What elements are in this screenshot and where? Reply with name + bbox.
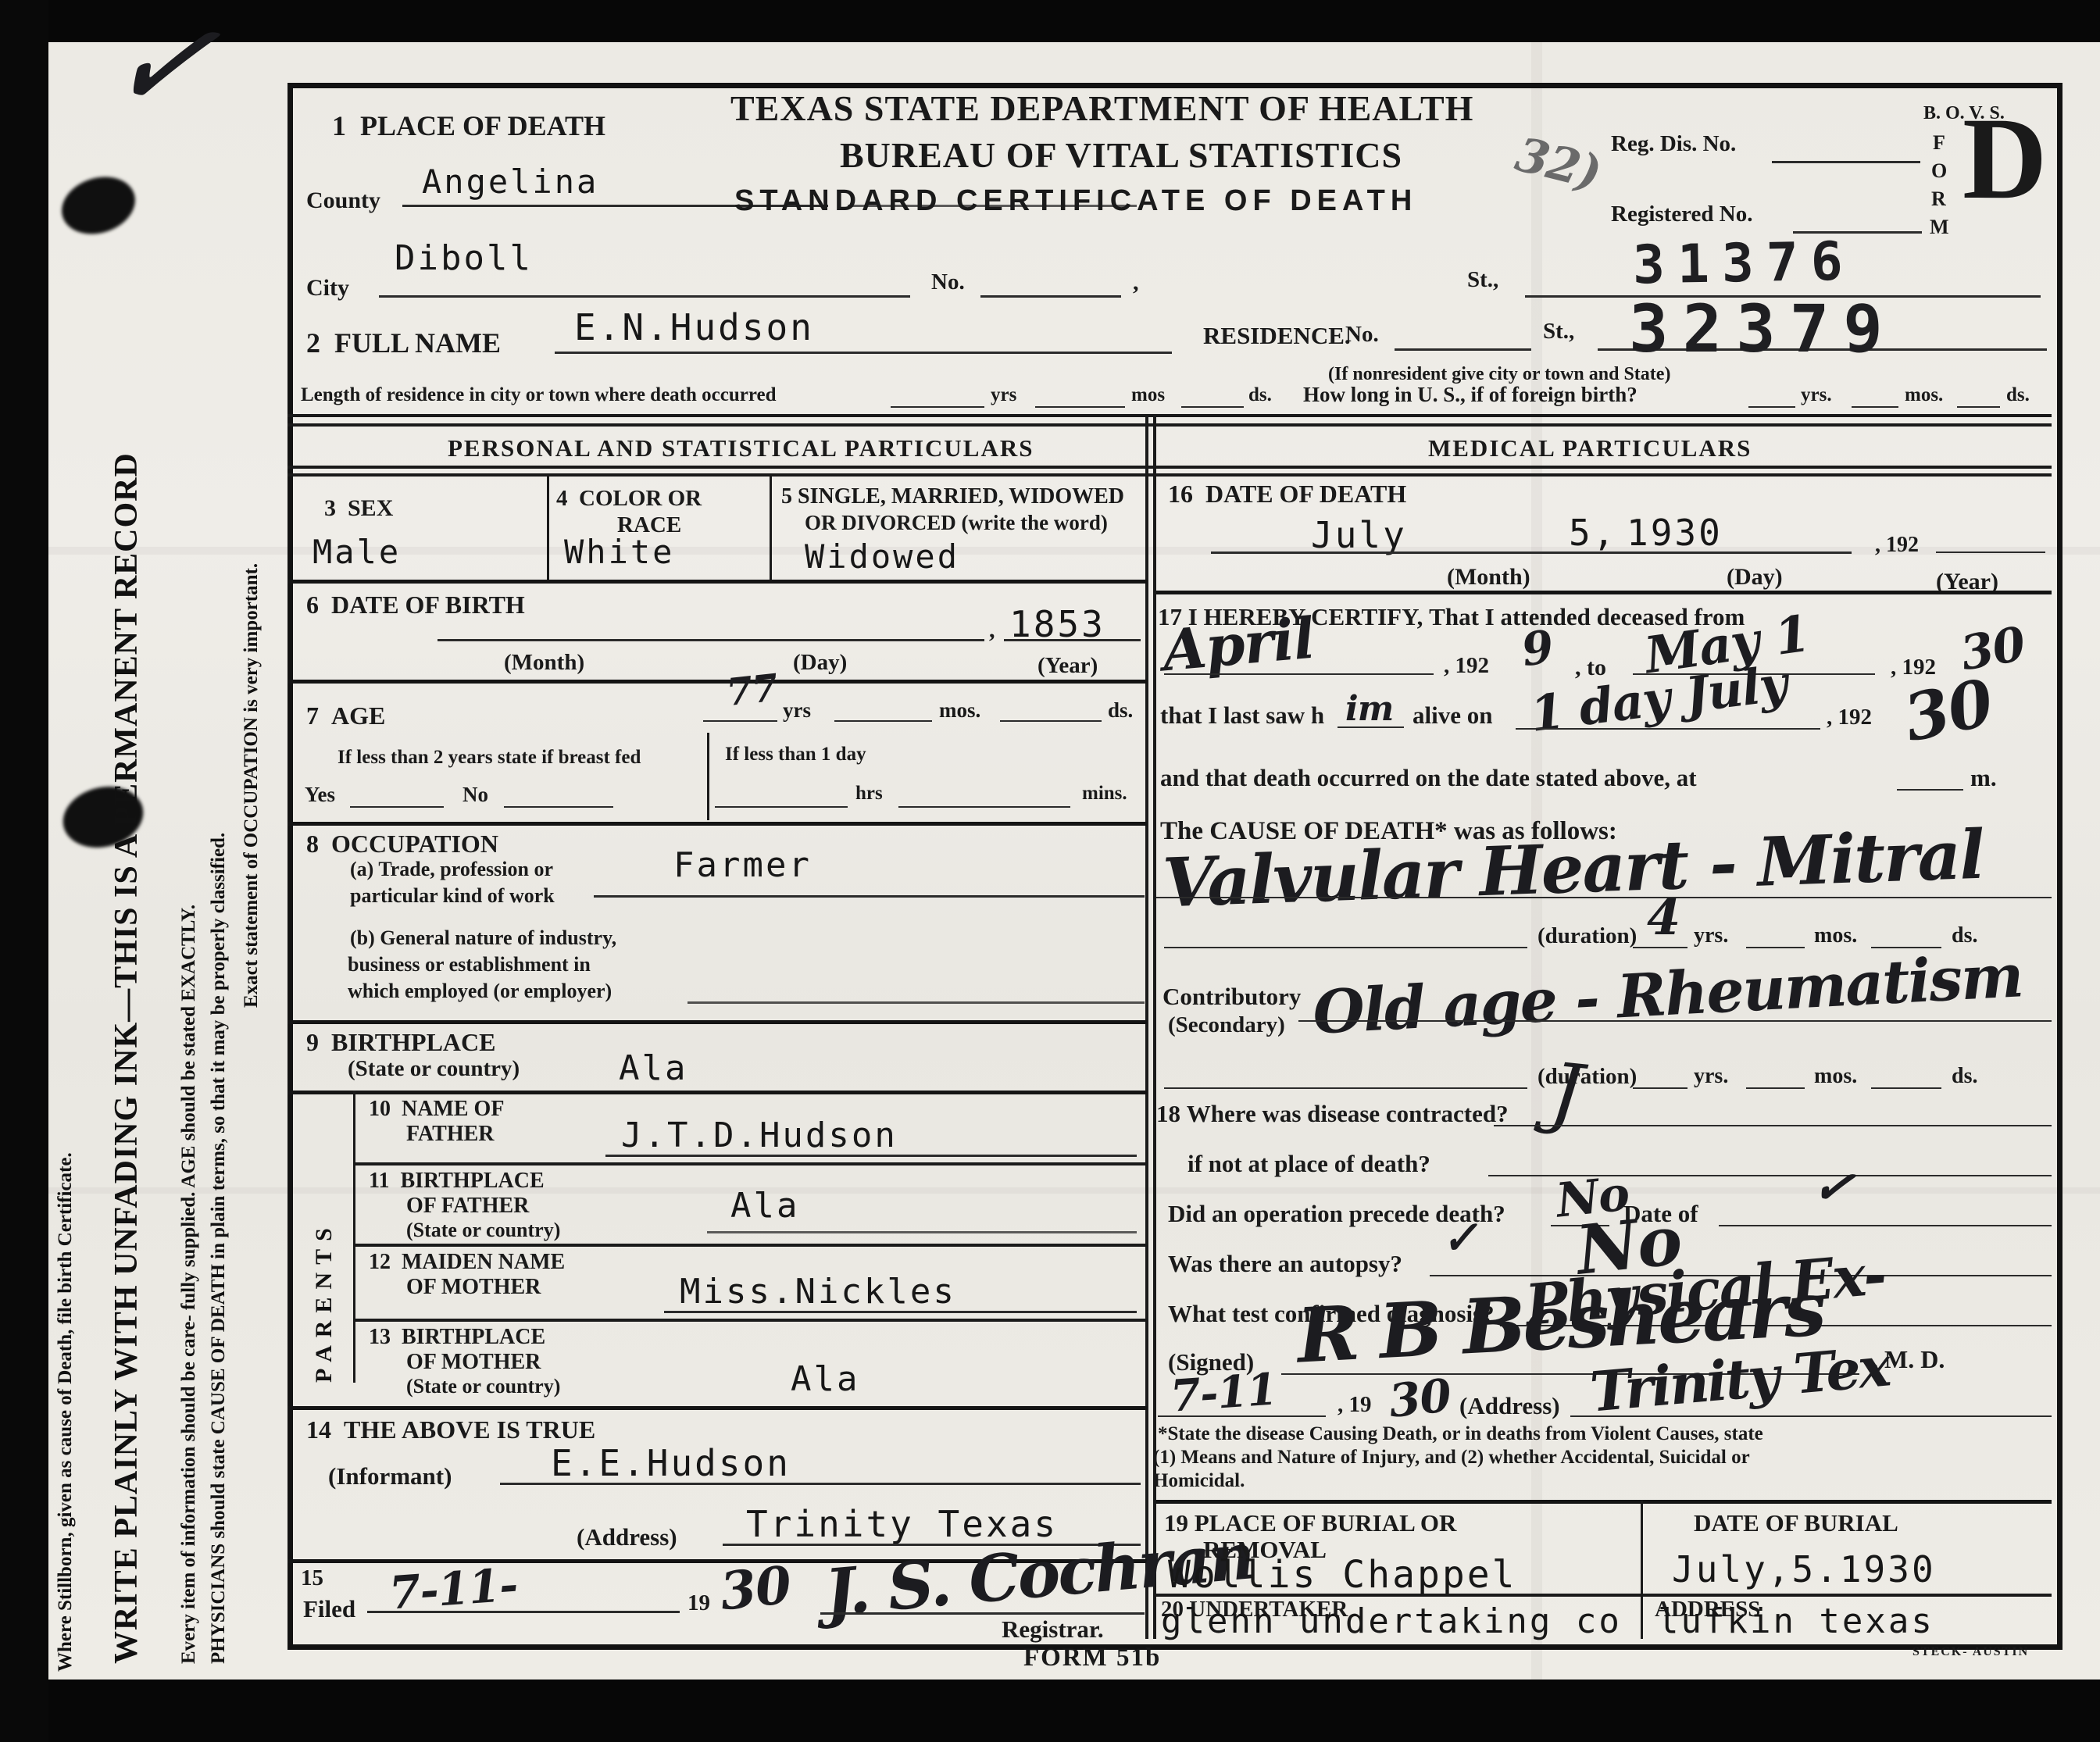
dob-year-line <box>1004 639 1141 641</box>
occupation-a-label-2: particular kind of work <box>350 884 555 908</box>
form-vertical-m: M <box>1930 216 1949 239</box>
form-code: FORM 51b <box>1023 1644 1161 1672</box>
county-label: County <box>306 187 380 214</box>
howlong-yrs-line <box>1748 406 1795 408</box>
duration2-yrs-line <box>1633 1087 1687 1089</box>
occurred-line <box>1897 789 1963 791</box>
contributory-label: Contributory <box>1162 983 1301 1011</box>
duration2-ds-line <box>1871 1087 1941 1089</box>
rule <box>287 1091 1147 1094</box>
age-label: 7 AGE <box>306 701 385 730</box>
age-cell-divider <box>707 733 709 820</box>
informant-address-label: (Address) <box>577 1523 677 1551</box>
place-of-death-label: 1 PLACE OF DEATH <box>332 109 605 142</box>
occupation-b-line <box>687 1001 1145 1004</box>
above-true-label: 14 THE ABOVE IS TRUE <box>306 1415 595 1444</box>
father-name-label-2: FATHER <box>406 1122 495 1147</box>
attended-from-handwriting: April <box>1160 605 1317 684</box>
dod-month-cap: (Month) <box>1447 564 1530 591</box>
mother-name-value: Miss.Nickles <box>680 1272 956 1312</box>
registered-no-label: Registered No. <box>1611 202 1752 227</box>
rule <box>287 822 1147 826</box>
stamp-number-bottom: 32379 <box>1629 291 1897 367</box>
scan-border-top <box>0 0 2100 42</box>
filed-year-handwriting: 30 <box>717 1555 794 1622</box>
contributory-line <box>1298 1020 2052 1022</box>
stamp-number-top: 31376 <box>1632 231 1855 297</box>
margin-note-small-left: Where Stillborn, given as cause of Death… <box>55 766 77 1672</box>
howlong-ds-label: ds. <box>2006 384 2030 406</box>
occupation-b-label-1: (b) General nature of industry, <box>350 926 616 950</box>
undertaker-address-value: lufkin texas <box>1658 1601 1934 1641</box>
autopsy-label: Was there an autopsy? <box>1168 1250 1402 1278</box>
age-ds-label: ds. <box>1108 698 1133 723</box>
dod-printed-192: , 192 <box>1875 533 1919 558</box>
nonresident-note: (If nonresident give city or town and St… <box>1328 364 1670 385</box>
duration2-mos-line <box>1746 1087 1805 1089</box>
lastsaw-pre-label: that I last saw h <box>1160 701 1324 730</box>
age-yrs-label: yrs <box>783 698 811 723</box>
occupation-a-line <box>594 895 1145 898</box>
howlong-yrs-label: yrs. <box>1801 384 1832 406</box>
father-name-line <box>605 1155 1137 1157</box>
hrs-line <box>715 806 848 808</box>
form-vertical-o: O <box>1931 159 1947 183</box>
yes-label: Yes <box>305 783 335 807</box>
length-ds-line <box>1181 406 1244 408</box>
filed-year-printed: 19 <box>687 1590 710 1616</box>
reg-dis-no-label: Reg. Dis. No. <box>1611 131 1736 157</box>
city-no-label: No. <box>931 270 965 295</box>
residence-no-label: No. <box>1345 322 1379 348</box>
dob-month-cap: (Month) <box>504 650 584 676</box>
printed-192-a: , 192 <box>1444 653 1489 679</box>
attended-from-line <box>1164 673 1434 675</box>
father-bp-sub: (State or country) <box>406 1219 560 1242</box>
lessday-label: If less than 1 day <box>725 744 866 766</box>
lastsaw-mid-label: alive on <box>1412 701 1492 730</box>
sex-value: Male <box>312 533 401 571</box>
rule <box>287 414 2052 417</box>
howlong-ds-line <box>1957 406 2000 408</box>
rule <box>1156 591 2052 594</box>
father-bp-label: 11 BIRTHPLACE <box>369 1169 545 1194</box>
footnote-line-1: *State the disease Causing Death, or in … <box>1158 1423 1763 1445</box>
margin-note-small-a: Every item of information should be care… <box>178 70 200 1664</box>
residence-no-line <box>1395 348 1531 351</box>
burial-cell-divider <box>1641 1500 1643 1639</box>
city-no-line <box>980 295 1121 298</box>
occupation-b-label-3: which employed (or employer) <box>348 980 612 1003</box>
rule <box>353 1319 1147 1322</box>
breastfed-label: If less than 2 years state if breast fed <box>337 747 641 769</box>
city-label: City <box>306 275 349 302</box>
right-section-title: MEDICAL PARTICULARS <box>1428 434 1752 462</box>
form-vertical-r: R <box>1931 187 1946 211</box>
registrar-line <box>820 1612 1145 1615</box>
duration-yrs-line <box>1633 947 1687 948</box>
color-label: 4 COLOR OR <box>556 486 702 512</box>
duration-yrs-handwriting: 4 <box>1647 889 1680 946</box>
mother-name-label-2: OF MOTHER <box>406 1275 541 1300</box>
duration2-ds-label: ds. <box>1952 1064 1977 1089</box>
father-bp-value: Ala <box>730 1186 799 1226</box>
cell-divider <box>770 477 772 580</box>
margin-note-small-b: PHYSICIANS should state CAUSE OF DEATH i… <box>208 70 230 1664</box>
form-letter-d: D <box>1962 100 2047 217</box>
burial-date-label: DATE OF BURIAL <box>1694 1509 1898 1537</box>
rule <box>353 1244 1147 1247</box>
not-at-place-label: if not at place of death? <box>1187 1150 1430 1178</box>
city-value: Diboll <box>395 238 533 278</box>
informant-value: E.E.Hudson <box>551 1442 791 1484</box>
length-mos-label: mos <box>1131 384 1165 406</box>
rule <box>287 473 2052 477</box>
duration-mos-line <box>1746 947 1805 948</box>
informant-label: (Informant) <box>328 1462 452 1490</box>
rule <box>353 1162 1147 1165</box>
dob-label: 6 DATE OF BIRTH <box>306 591 525 619</box>
mother-bp-label: 13 BIRTHPLACE <box>369 1325 545 1350</box>
burial-label: 19 PLACE OF BURIAL OR <box>1164 1509 1456 1537</box>
fullname-label: 2 FULL NAME <box>306 327 501 359</box>
age-ds-line <box>1000 720 1102 722</box>
rule <box>287 466 2052 469</box>
mins-label: mins. <box>1082 783 1127 805</box>
disease-contracted-label: 18 Where was disease contracted? <box>1156 1100 1509 1128</box>
age-mos-line <box>834 720 932 722</box>
printed-192-c: , 192 <box>1827 705 1872 730</box>
filed-label: Filed <box>303 1595 355 1623</box>
rule <box>287 680 1147 684</box>
father-name-label: 10 NAME OF <box>369 1097 504 1122</box>
marital-label: 5 SINGLE, MARRIED, WIDOWED <box>781 484 1124 509</box>
rule <box>287 1020 1147 1024</box>
howlong-mos-line <box>1852 406 1898 408</box>
howlong-label: How long in U. S., if of foreign birth? <box>1303 383 1637 407</box>
mother-bp-label-2: OF MOTHER <box>406 1350 541 1375</box>
length-yrs-label: yrs <box>991 384 1016 406</box>
birthplace-value: Ala <box>619 1048 687 1088</box>
cell-divider <box>547 477 549 580</box>
occupation-label: 8 OCCUPATION <box>306 830 498 859</box>
dod-day-value: 5, <box>1569 512 1616 554</box>
birthplace-sub-label: (State or country) <box>348 1056 520 1082</box>
filed-no: 15 <box>301 1565 323 1591</box>
sign-date-line <box>1158 1415 1326 1417</box>
footnote-line-2: (1) Means and Nature of Injury, and (2) … <box>1153 1447 1750 1469</box>
dob-year-cap: (Year) <box>1037 653 1098 679</box>
length-ds-label: ds. <box>1248 384 1272 406</box>
color-value: White <box>564 533 674 571</box>
sign-date-handwriting: 7-11 <box>1169 1363 1278 1422</box>
date-of-line <box>1719 1225 2052 1226</box>
m-label: m. <box>1970 764 1997 792</box>
registrar-label: Registrar. <box>1002 1615 1104 1644</box>
fullname-line <box>555 352 1172 354</box>
reg-dis-no-line <box>1772 161 1920 163</box>
burial-date-value: July,5.1930 <box>1672 1548 1936 1590</box>
parents-vertical-label: PARENTS <box>311 1094 337 1383</box>
sex-label: 3 SEX <box>324 495 393 522</box>
mother-bp-value: Ala <box>791 1359 859 1399</box>
age-yrs-line <box>703 720 777 722</box>
city-comma: , <box>1133 270 1139 296</box>
city-line <box>379 295 910 298</box>
duration2-left-line <box>1164 1087 1527 1089</box>
occupation-a-label-1: (a) Trade, profession or <box>350 858 553 881</box>
mother-bp-sub: (State or country) <box>406 1375 560 1398</box>
marital-label-2: OR DIVORCED (write the word) <box>805 511 1108 535</box>
length-yrs-line <box>891 406 984 408</box>
yes-line <box>350 806 444 808</box>
rule <box>287 423 2052 427</box>
parents-divider <box>353 1091 355 1383</box>
fullname-value: E.N.Hudson <box>574 306 814 348</box>
duration2-yrs-label: yrs. <box>1694 1064 1728 1089</box>
filed-line <box>367 1611 680 1613</box>
birthplace-label: 9 BIRTHPLACE <box>306 1028 495 1057</box>
dob-day-cap: (Day) <box>793 650 847 676</box>
informant-line <box>500 1483 1141 1485</box>
dod-year-line <box>1936 552 2045 553</box>
dob-line <box>437 639 984 641</box>
dod-line <box>1211 552 1852 554</box>
burial-place-value: Wollis Chappel <box>1168 1553 1517 1597</box>
duration2-mos-label: mos. <box>1814 1064 1857 1089</box>
printer-mark: STECK- AUSTIN <box>1912 1645 2029 1659</box>
margin-warning-text: WRITE PLAINLY WITH UNFADING INK—THIS IS … <box>108 86 145 1664</box>
occupation-b-label-2: business or establishment in <box>348 953 591 976</box>
occupation-value: Farmer <box>673 845 812 885</box>
title-standard: STANDARD CERTIFICATE OF DEATH <box>734 184 1417 218</box>
scan-border-left <box>0 0 48 1742</box>
cause-line <box>1156 897 2052 898</box>
father-bp-label-2: OF FATHER <box>406 1194 529 1219</box>
sign-year-handwriting: 30 <box>1387 1369 1453 1428</box>
duration-mos-label: mos. <box>1814 923 1857 948</box>
residence-label: RESIDENCE. <box>1203 322 1351 350</box>
lastsaw-him-handwriting: im <box>1345 689 1393 729</box>
autopsy-check-handwriting: ✓ <box>1440 1211 1479 1265</box>
margin-note-small-c: Exact statement of OCCUPATION is very im… <box>241 70 262 1008</box>
marital-value: Widowed <box>805 537 959 576</box>
father-bp-line <box>707 1231 1137 1233</box>
form-vertical-f: F <box>1933 131 1945 155</box>
disease-contracted-line <box>1494 1125 2052 1126</box>
duration-left-line <box>1164 947 1527 948</box>
undertaker-value: glenn undertaking co <box>1161 1601 1622 1641</box>
left-section-title: PERSONAL AND STATISTICAL PARTICULARS <box>448 434 1034 462</box>
no-label: No <box>462 783 488 807</box>
title-department: TEXAS STATE DEPARTMENT OF HEALTH <box>730 87 1473 129</box>
scan-border-bottom <box>0 1680 2100 1742</box>
death-occurred-label: and that death occurred on the date stat… <box>1160 764 1697 792</box>
date-of-check-handwriting: ✓ <box>1809 1155 1858 1219</box>
dod-day-cap: (Day) <box>1727 564 1783 591</box>
city-st-label: St., <box>1467 267 1498 293</box>
rule <box>287 580 1147 584</box>
residence-st-label: St., <box>1543 319 1574 344</box>
title-bureau: BUREAU OF VITAL STATISTICS <box>840 134 1402 176</box>
dod-year-value: 1930 <box>1627 512 1723 554</box>
dob-comma: , <box>989 617 995 644</box>
county-value: Angelina <box>422 162 598 201</box>
lastsaw-him-line <box>1337 726 1404 728</box>
footnote-line-3: Homicidal. <box>1153 1470 1245 1492</box>
dod-month-value: July <box>1311 514 1407 556</box>
howlong-mos-label: mos. <box>1905 384 1943 406</box>
sign-address-label: (Address) <box>1459 1392 1560 1420</box>
rule <box>1156 1500 2052 1504</box>
age-mos-label: mos. <box>939 698 980 723</box>
contributory-sub-label: (Secondary) <box>1168 1012 1285 1038</box>
printed-19: , 19 <box>1337 1392 1372 1418</box>
length-residence-label: Length of residence in city or town wher… <box>301 384 777 406</box>
length-mos-line <box>1035 406 1125 408</box>
duration-yrs-label: yrs. <box>1694 923 1728 948</box>
rule <box>287 1406 1147 1410</box>
age-value: 77 <box>724 666 779 715</box>
mother-name-line <box>664 1311 1137 1313</box>
lastsaw-line <box>1516 728 1820 730</box>
father-name-value: J.T.D.Hudson <box>621 1116 898 1155</box>
scanned-death-certificate: ✓ Where Stillborn, given as cause of Dea… <box>0 0 2100 1742</box>
column-divider <box>1145 414 1148 1639</box>
mother-name-label: 12 MAIDEN NAME <box>369 1250 565 1275</box>
duration-label: (duration) <box>1537 923 1637 949</box>
mins-line <box>898 806 1070 808</box>
hrs-label: hrs <box>855 783 883 805</box>
no-line <box>504 806 613 808</box>
dod-label: 16 DATE OF DEATH <box>1168 480 1406 509</box>
